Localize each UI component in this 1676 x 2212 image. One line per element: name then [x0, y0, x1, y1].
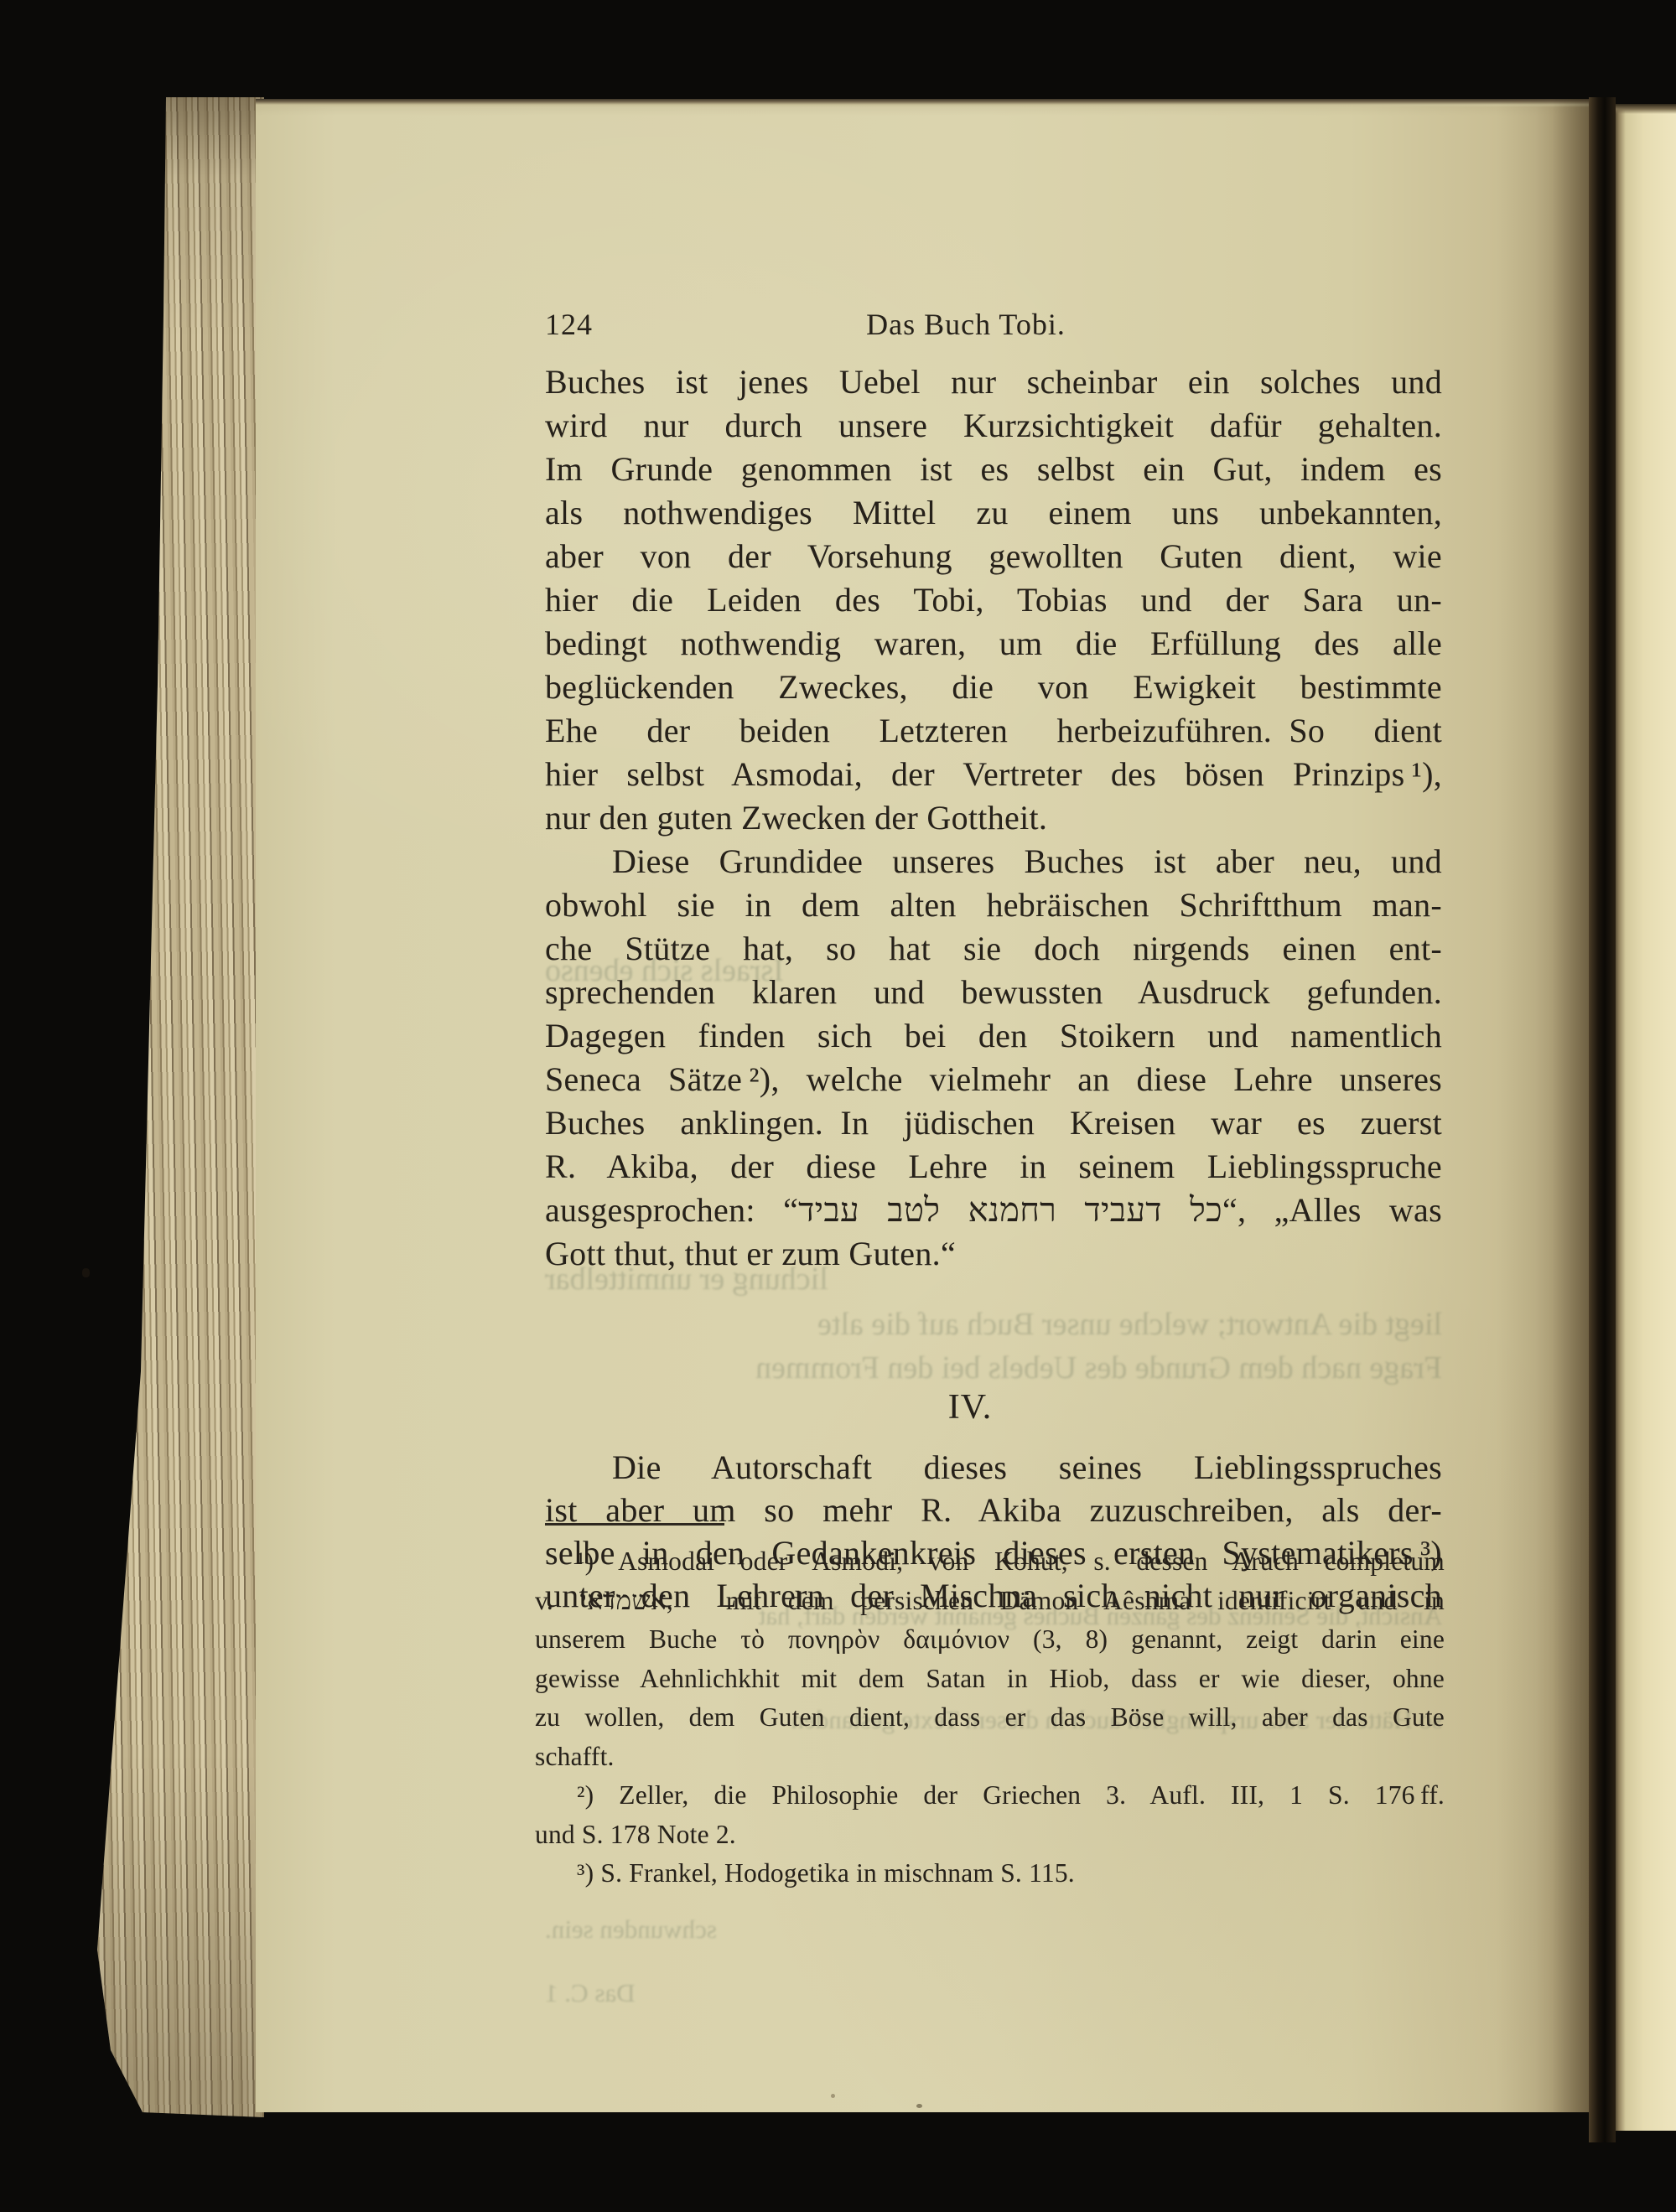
- text-line: Ehe der beiden Letzteren herbeizuführen.…: [545, 709, 1442, 753]
- page-number: 124: [545, 307, 593, 342]
- text-line: Dagegen finden sich bei den Stoikern und…: [545, 1014, 1442, 1058]
- page-header: 124 Das Buch Tobi.: [545, 307, 1442, 345]
- dust-speck: [831, 2094, 835, 2098]
- text-line: che Stütze hat, so hat sie doch nirgends…: [545, 927, 1442, 971]
- footnote-line: ²) Zeller, die Philosophie der Griechen …: [535, 1776, 1445, 1816]
- text-line: beglückenden Zweckes, die von Ewigkeit b…: [545, 666, 1442, 709]
- facing-page-sliver: [1616, 104, 1676, 2131]
- text-line: bedingt nothwendig waren, um die Erfüllu…: [545, 622, 1442, 666]
- text-line: Buches anklingen. In jüdischen Kreisen w…: [545, 1101, 1442, 1145]
- text-line: obwohl sie in dem alten hebräischen Schr…: [545, 883, 1442, 927]
- text-line: Diese Grundidee unseres Buches ist aber …: [545, 840, 1442, 883]
- text-line: Seneca Sätze ²), welche vielmehr an dies…: [545, 1058, 1442, 1101]
- text-line: wird nur durch unsere Kurzsichtigkeit da…: [545, 404, 1442, 448]
- footnote-line: v. אשמדאי, mit dem persischen Dämon Aêsh…: [535, 1582, 1445, 1621]
- footnotes: ¹) Asmodai oder Asmodi, von Kohut, s. de…: [535, 1542, 1445, 1893]
- section-heading: IV.: [545, 1387, 1442, 1427]
- body-text: Buches ist jenes Uebel nur scheinbar ein…: [545, 360, 1442, 1276]
- text-line: hier selbst Asmodai, der Vertreter des b…: [545, 753, 1442, 796]
- text-line: R. Akiba, der diese Lehre in seinem Lieb…: [545, 1145, 1442, 1189]
- text-line: als nothwendiges Mittel zu einem uns unb…: [545, 491, 1442, 535]
- footnote-line: ³) S. Frankel, Hodogetika in mischnam S.…: [535, 1854, 1445, 1893]
- text-line: aber von der Vorsehung gewollten Guten d…: [545, 535, 1442, 578]
- text-line: Die Autorschaft dieses seines Lieblingss…: [545, 1446, 1442, 1489]
- text-line: hier die Leiden des Tobi, Tobias und der…: [545, 578, 1442, 622]
- footnote-line: zu wollen, dem Guten dient, dass er das …: [535, 1698, 1445, 1738]
- text-line: Im Grunde genommen ist es selbst ein Gut…: [545, 448, 1442, 491]
- running-title: Das Buch Tobi.: [545, 307, 1442, 342]
- book-spread-scan: 124 Das Buch Tobi. Israels sich ebenso l…: [0, 0, 1676, 2212]
- page-edge-stack: [92, 97, 264, 2117]
- dust-speck: [916, 2104, 922, 2108]
- footnote-line: gewisse Aehnlichkhit mit dem Satan in Hi…: [535, 1660, 1445, 1699]
- bleed-through-text: Das C. 1: [545, 1975, 1442, 2012]
- text-line: sprechenden klaren und bewussten Ausdruc…: [545, 971, 1442, 1014]
- dust-speck: [82, 1268, 90, 1277]
- text-line: Buches ist jenes Uebel nur scheinbar ein…: [545, 360, 1442, 404]
- footnote-line: unserem Buche τὸ πονηρὸν δαιμόνιον (3, 8…: [535, 1620, 1445, 1660]
- text-line: ausgesprochen: “כל דעביד רחמנא לטב עביד“…: [545, 1189, 1442, 1232]
- text-line: Gott thut, thut er zum Guten.“: [545, 1232, 1442, 1276]
- page-left: 124 Das Buch Tobi. Israels sich ebenso l…: [256, 99, 1589, 2112]
- footnote-line: schafft.: [535, 1738, 1445, 1777]
- gutter-shadow: [1589, 97, 1616, 2142]
- bleed-through-text: Frage nach dem Grunde des Uebels bei den…: [545, 1348, 1442, 1388]
- bleed-through-text: liegt die Antwort; welche unser Buch auf…: [545, 1304, 1442, 1344]
- footnote-rule: [545, 1523, 724, 1526]
- bleed-through-text: schwunden sein.: [545, 1911, 1442, 1948]
- footnote-line: ¹) Asmodai oder Asmodi, von Kohut, s. de…: [535, 1542, 1445, 1582]
- footnote-line: und S. 178 Note 2.: [535, 1816, 1445, 1855]
- text-line: nur den guten Zwecken der Gottheit.: [545, 796, 1442, 840]
